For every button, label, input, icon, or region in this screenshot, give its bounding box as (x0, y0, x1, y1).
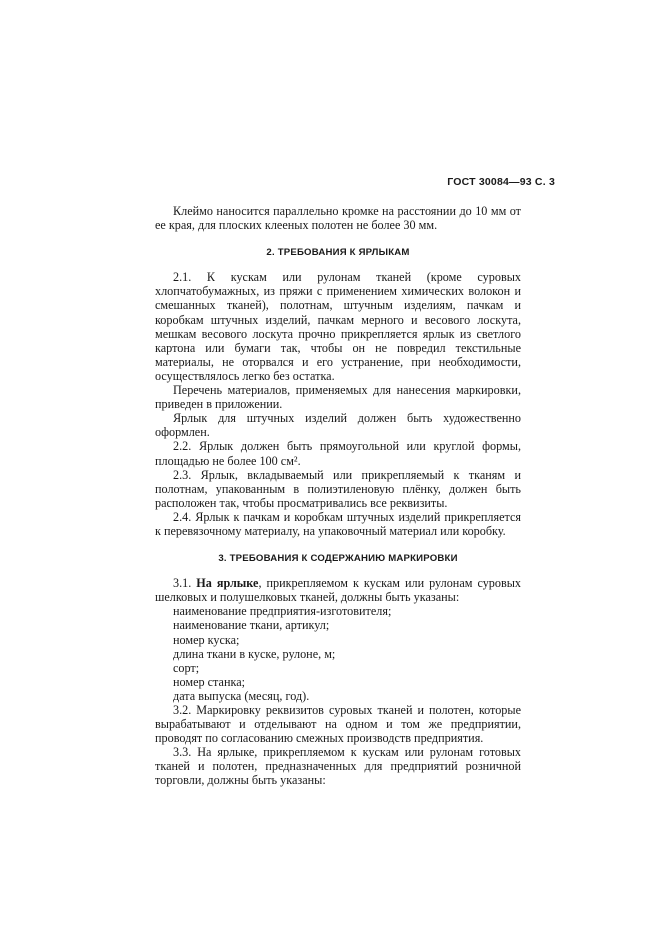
clause-3-1: 3.1. На ярлыке, прикрепляемом к кускам и… (155, 576, 521, 604)
clause-2-3: 2.3. Ярлык, вкладываемый или прикрепляем… (155, 468, 521, 510)
materials-paragraph: Перечень материалов, применяемых для нан… (155, 383, 521, 411)
running-header: ГОСТ 30084—93 С. 3 (380, 176, 555, 188)
section-2-title: 2. ТРЕБОВАНИЯ К ЯРЛЫКАМ (155, 246, 521, 260)
clause-2-2: 2.2. Ярлык должен быть прямоугольной или… (155, 439, 521, 467)
list-item: наименование предприятия-изготовителя; (155, 604, 521, 618)
list-item: длина ткани в куске, рулоне, м; (155, 647, 521, 661)
list-item: номер куска; (155, 633, 521, 647)
clause-3-1-bold: На ярлыке (196, 576, 258, 590)
list-item: номер станка; (155, 675, 521, 689)
section-3-title: 3. ТРЕБОВАНИЯ К СОДЕРЖАНИЮ МАРКИРОВКИ (155, 552, 521, 566)
clause-3-3: 3.3. На ярлыке, прикрепляемом к кускам и… (155, 745, 521, 787)
document-body: Клеймо наносится параллельно кромке на р… (155, 204, 521, 788)
clause-3-2: 3.2. Маркировку реквизитов суровых ткане… (155, 703, 521, 745)
list-item: дата выпуска (месяц, год). (155, 689, 521, 703)
list-item: наименование ткани, артикул; (155, 618, 521, 632)
clause-2-1: 2.1. К кускам или рулонам тканей (кроме … (155, 270, 521, 383)
clause-3-1-number: 3.1. (173, 576, 191, 590)
list-item: сорт; (155, 661, 521, 675)
clause-2-4: 2.4. Ярлык к пачкам и коробкам штучных и… (155, 510, 521, 538)
intro-paragraph: Клеймо наносится параллельно кромке на р… (155, 204, 521, 232)
artistic-paragraph: Ярлык для штучных изделий должен быть ху… (155, 411, 521, 439)
